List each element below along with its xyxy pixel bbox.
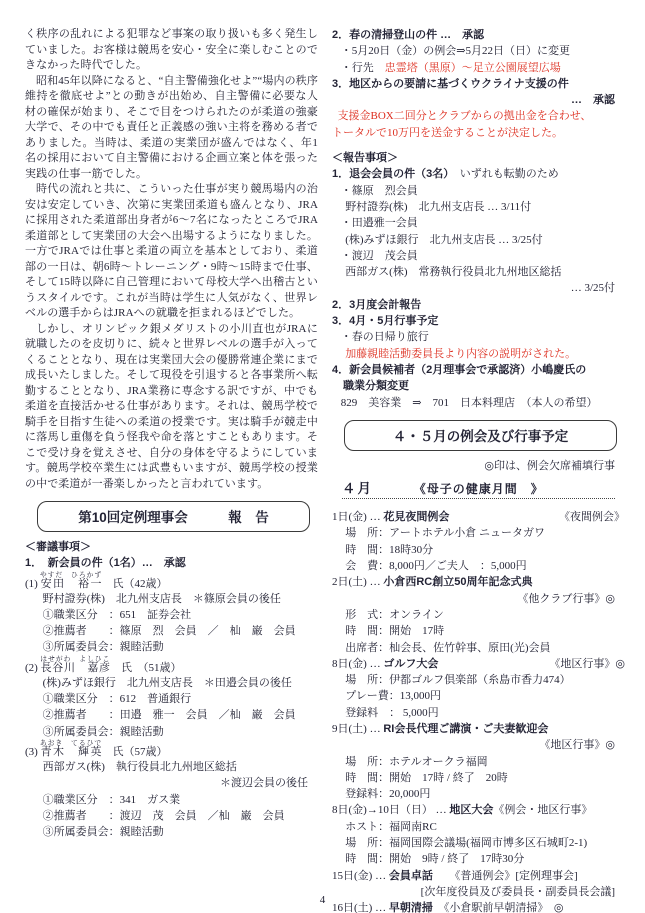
text-segment: ＊渡辺会員の後任 xyxy=(220,777,308,789)
text-line: 9日(土) … RI会長代理ご講演・ご夫妻歓迎会 xyxy=(332,721,625,737)
text-line: 2．3月度会計報告 xyxy=(332,297,625,313)
text-line: ・行先 忠霊塔（黒原）～足立公園展望広場 xyxy=(332,60,625,76)
text-line: ＊渡辺会員の後任 xyxy=(25,775,318,791)
text-segment: 会員卓話 xyxy=(389,870,433,882)
text-line: 西部ガス(株) 執行役員北九州地区総括 xyxy=(25,759,318,775)
text-segment: 地区大会 xyxy=(449,804,493,816)
text-line: ・5月20日（金）の例会⇒5月22日（日）に変更 xyxy=(332,43,625,59)
text-segment: 3．4月・5月行事予定 xyxy=(332,315,438,327)
text-segment: ゴルフ大会 xyxy=(383,658,438,670)
text-segment: 《例会・地区行事》 xyxy=(493,804,592,816)
text-segment: ③所属委員会：親睦活動 xyxy=(43,726,164,738)
text-line: 《地区行事》◎ xyxy=(332,737,625,753)
text-line: トータルで10万円を送金することが決定した。 xyxy=(332,125,625,141)
text-segment: 9日(土) … xyxy=(332,723,383,735)
text-segment: 8日(金)→10日（日） … xyxy=(332,804,449,816)
spacer xyxy=(332,141,625,150)
text-segment: ホスト：福岡南RC xyxy=(345,821,437,833)
text-segment: 1日(金) … xyxy=(332,511,383,523)
text-segment: ＜報告事項＞ xyxy=(332,152,398,164)
text-line: 登録料：20,000円 xyxy=(332,786,625,802)
text-segment: RI会長代理ご講演・ご夫妻歓迎会 xyxy=(383,723,548,735)
section-title-box: 第10回定例理事会 報 告 xyxy=(37,501,310,532)
text-line: 職業分類変更 xyxy=(332,378,625,394)
text-line: 時 間：開始 9時 / 終了 17時30分 xyxy=(332,851,625,867)
text-line: ・渡辺 茂会員 xyxy=(332,248,625,264)
text-line: … 3/25付 xyxy=(332,280,625,296)
text-segment: ・田邉雅一会員 xyxy=(341,217,418,229)
text-line: 8日(金)→10日（日） … 地区大会《例会・地区行事》 xyxy=(332,802,625,818)
text-line: ・田邉雅一会員 xyxy=(332,215,625,231)
text-segment: いずれも転勤のため xyxy=(449,168,559,180)
right-column: 2．春の清掃登山の件 … 承認・5月20日（金）の例会⇒5月22日（日）に変更・… xyxy=(332,27,625,913)
member-suffix: 氏（42歳） xyxy=(101,578,167,590)
month-heading: ４月《母子の健康月間 》 xyxy=(342,477,615,499)
text-segment: ③所属委員会：親睦活動 xyxy=(43,641,164,653)
text-segment: 2．3月度会計報告 xyxy=(332,299,421,311)
text-line: 2．春の清掃登山の件 … 承認 xyxy=(332,27,625,43)
text-line: ホスト：福岡南RC xyxy=(332,819,625,835)
text-segment: 場 所：伊都ゴルフ倶楽部（糸島市香力474） xyxy=(345,674,571,686)
text-line: 野村證券(株) 北九州支店長 ＊篠原会員の後任 xyxy=(25,591,318,607)
text-segment: … 承認 xyxy=(571,94,615,106)
text-segment: 出席者：杣会長、佐竹幹事、原田(光)会員 xyxy=(345,642,550,654)
text-segment: トータルで10万円を送金することが決定した。 xyxy=(332,127,563,139)
text-line: 時 間：開始 17時 xyxy=(332,623,625,639)
text-line: 3．4月・5月行事予定 xyxy=(332,313,625,329)
text-segment: ②推薦者 ：渡辺 茂 会員 ／杣 巌 会員 xyxy=(43,810,285,822)
section-title-box: ４・５月の例会及び行事予定 xyxy=(344,420,617,451)
text-segment: ①職業区分 ：612 普通銀行 xyxy=(43,693,192,705)
text-segment: 野村證券(株) 北九州支店長 … 3/11付 xyxy=(345,201,531,213)
text-segment: ②推薦者 ：篠原 烈 会員 ／ 杣 巌 会員 xyxy=(43,625,296,637)
text-line: 形 式：オンライン xyxy=(332,607,625,623)
text-line: ③所属委員会：親睦活動 xyxy=(25,824,318,840)
paragraph: 時代の流れと共に、こういった仕事が実り競馬場内の治安は安定していき、次第に実業団… xyxy=(25,182,318,322)
text-segment: 1． 新会員の件（1名）… 承認 xyxy=(25,557,186,569)
furigana: あおき てるひで xyxy=(40,740,102,747)
text-line: 場 所：ホテルオークラ福岡 xyxy=(332,754,625,770)
month-title: ４月 xyxy=(342,477,373,497)
text-segment: 花見夜間例会 xyxy=(383,511,449,523)
text-segment: 加藤親睦活動委員長より内容の説明がされた。 xyxy=(345,348,576,360)
text-segment: ・渡辺 茂会員 xyxy=(341,250,418,262)
text-line: ③所属委員会：親睦活動 xyxy=(25,724,318,740)
text-segment: ③所属委員会：親睦活動 xyxy=(43,826,164,838)
text-line: 出席者：杣会長、佐竹幹事、原田(光)会員 xyxy=(332,640,625,656)
text-segment: 支援金BOX二回分とクラブからの拠出金を合わせ、 xyxy=(338,110,592,122)
text-segment: 2日(土) … xyxy=(332,576,383,588)
text-segment: ・5月20日（金）の例会⇒5月22日（日）に変更 xyxy=(341,45,570,57)
text-line: 1． 新会員の件（1名）… 承認 xyxy=(25,555,318,571)
member-name: 青木 輝英あおき てるひで xyxy=(41,746,102,758)
text-segment: 《夜間例会》 xyxy=(559,511,625,523)
text-segment: 2．春の清掃登山の件 … 承認 xyxy=(332,29,484,41)
text-line: (株)みずほ銀行 北九州支店長 … 3/25付 xyxy=(332,232,625,248)
text-line: 場 所：福岡国際会議場(福岡市博多区石城町2-1) xyxy=(332,835,625,851)
member-suffix: 氏（57歳） xyxy=(101,746,167,758)
text-segment: ①職業区分 ：341 ガス業 xyxy=(43,794,181,806)
text-segment: ②推薦者 ：田邉 雅一 会員 ／杣 巌 会員 xyxy=(43,709,296,721)
text-segment: 登録料 ： 5,000円 xyxy=(345,707,439,719)
text-segment: 場 所：ホテルオークラ福岡 xyxy=(345,756,487,768)
paragraph: 昭和45年以降になると、“自主警備強化せよ”“場内の秩序維持を徹底せよ”との動き… xyxy=(25,74,318,183)
text-segment: 登録料：20,000円 xyxy=(345,788,430,800)
text-segment: 《地区行事》◎ xyxy=(549,658,625,670)
text-line: 1日(金) … 花見夜間例会《夜間例会》 xyxy=(332,509,625,525)
text-segment: (株)みずほ銀行 北九州支店長 … 3/25付 xyxy=(345,234,542,246)
member-name-line: (1) 安田 裕一やすだ ひろかず 氏（42歳） xyxy=(25,572,318,591)
paragraph: く秩序の乱れによる犯罪など事案の取り扱いも多く発生していました。お客様は競馬を安… xyxy=(25,27,318,74)
text-segment: ・篠原 烈会員 xyxy=(341,185,418,197)
text-line: 場 所：アートホテル小倉 ニュータガワ xyxy=(332,525,625,541)
member-name-line: (3) 青木 輝英あおき てるひで 氏（57歳） xyxy=(25,740,318,759)
text-segment: ◎印は、例会欠席補填行事 xyxy=(484,460,615,472)
member-suffix: 氏 （51歳） xyxy=(110,662,182,674)
page-number: 4 xyxy=(0,894,645,906)
text-line: ③所属委員会：親睦活動 xyxy=(25,639,318,655)
list-number: (3) xyxy=(25,746,41,758)
text-segment: 1．退会会員の件（3名） xyxy=(332,168,449,180)
member-name: 安田 裕一やすだ ひろかず xyxy=(41,578,102,590)
text-line: ②推薦者 ：篠原 烈 会員 ／ 杣 巌 会員 xyxy=(25,623,318,639)
text-segment: 西部ガス(株) 常務執行役員北九州地区総括 xyxy=(345,266,561,278)
document-page: く秩序の乱れによる犯罪など事案の取り扱いも多く発生していました。お客様は競馬を安… xyxy=(0,0,645,913)
text-segment: ・行先 xyxy=(341,62,385,74)
list-number: (2) xyxy=(25,662,41,674)
line-right: 《夜間例会》 xyxy=(559,509,625,525)
text-segment: 形 式：オンライン xyxy=(345,609,444,621)
text-line: 3．地区からの要請に基づくウクライナ支援の件 xyxy=(332,76,625,92)
text-line: ①職業区分 ：612 普通銀行 xyxy=(25,691,318,707)
text-segment: 《他クラブ行事》◎ xyxy=(517,593,615,605)
furigana: やすだ ひろかず xyxy=(40,572,102,579)
text-line: ＜報告事項＞ xyxy=(332,150,625,166)
two-column-layout: く秩序の乱れによる犯罪など事案の取り扱いも多く発生していました。お客様は競馬を安… xyxy=(0,0,645,913)
text-segment: プレー費：13,000円 xyxy=(345,690,441,702)
text-line: ・篠原 烈会員 xyxy=(332,183,625,199)
text-segment: 829 美容業 ⇒ 701 日本料理店 （本人の希望） xyxy=(341,397,598,409)
text-line: ①職業区分 ：651 証券会社 xyxy=(25,607,318,623)
text-segment: 時 間：開始 17時 / 終了 20時 xyxy=(345,772,508,784)
line-left: 8日(金) … ゴルフ大会 xyxy=(332,656,438,672)
text-line: (株)みずほ銀行 北九州支店長 ＊田邉会員の後任 xyxy=(25,675,318,691)
text-segment: ①職業区分 ：651 証券会社 xyxy=(43,609,192,621)
text-segment: 3．地区からの要請に基づくウクライナ支援の件 xyxy=(332,78,569,90)
text-line: 時 間：開始 17時 / 終了 20時 xyxy=(332,770,625,786)
text-line: 支援金BOX二回分とクラブからの拠出金を合わせ、 xyxy=(332,108,625,124)
text-line: 15日(金) … 会員卓話 《普通例会》[定例理事会] xyxy=(332,868,625,884)
text-line: 4．新会員候補者（2月理事会で承認済）小嶋慶氏の xyxy=(332,362,625,378)
text-line: 2日(土) … 小倉西RC創立50周年記念式典 xyxy=(332,574,625,590)
text-line: ②推薦者 ：渡辺 茂 会員 ／杣 巌 会員 xyxy=(25,808,318,824)
text-segment: 時 間：開始 9時 / 終了 17時30分 xyxy=(345,853,524,865)
text-segment: … 3/25付 xyxy=(571,282,615,294)
text-line: ＜審議事項＞ xyxy=(25,539,318,555)
text-line: ◎印は、例会欠席補填行事 xyxy=(332,458,625,474)
member-name-line: (2) 長谷川 嘉彦はせがわ よしひこ 氏 （51歳） xyxy=(25,656,318,675)
text-segment: 15日(金) … xyxy=(332,870,389,882)
text-line: 1．退会会員の件（3名） いずれも転勤のため xyxy=(332,166,625,182)
text-segment: 8日(金) … xyxy=(332,658,383,670)
text-segment: ＜審議事項＞ xyxy=(25,541,91,553)
text-line: ①職業区分 ：341 ガス業 xyxy=(25,792,318,808)
text-segment: 野村證券(株) 北九州支店長 ＊篠原会員の後任 xyxy=(43,593,281,605)
paragraph: しかし、オリンピック銀メダリストの小川直也がJRAに就職したのを皮切りに、続々と… xyxy=(25,322,318,493)
text-line: 829 美容業 ⇒ 701 日本料理店 （本人の希望） xyxy=(332,395,625,411)
line-right: 《地区行事》◎ xyxy=(549,656,625,672)
text-line: 8日(金) … ゴルフ大会《地区行事》◎ xyxy=(332,656,625,672)
text-line: ②推薦者 ：田邉 雅一 会員 ／杣 巌 会員 xyxy=(25,707,318,723)
text-segment: 場 所：アートホテル小倉 ニュータガワ xyxy=(345,527,545,539)
month-theme: 《母子の健康月間 》 xyxy=(414,480,544,497)
text-segment: 場 所：福岡国際会議場(福岡市博多区石城町2-1) xyxy=(345,837,587,849)
text-line: プレー費：13,000円 xyxy=(332,688,625,704)
text-line: … 承認 xyxy=(332,92,625,108)
text-line: 西部ガス(株) 常務執行役員北九州地区総括 xyxy=(332,264,625,280)
text-segment: 《普通例会》[定例理事会] xyxy=(433,870,578,882)
text-line: 加藤親睦活動委員長より内容の説明がされた。 xyxy=(332,346,625,362)
text-segment: ・春の日帰り旅行 xyxy=(341,331,429,343)
member-name: 長谷川 嘉彦はせがわ よしひこ xyxy=(41,662,110,674)
furigana: はせがわ よしひこ xyxy=(40,656,110,663)
text-segment: 職業分類変更 xyxy=(343,380,409,392)
text-segment: 《地区行事》◎ xyxy=(539,739,615,751)
text-segment: 西部ガス(株) 執行役員北九州地区総括 xyxy=(43,761,237,773)
text-segment: 4．新会員候補者（2月理事会で承認済）小嶋慶氏の xyxy=(332,364,586,376)
text-segment: 会 費：8,000円／ご夫人 ：5,000円 xyxy=(345,560,527,572)
text-segment: 忠霊塔（黒原）～足立公園展望広場 xyxy=(385,62,561,74)
text-segment: (株)みずほ銀行 北九州支店長 ＊田邉会員の後任 xyxy=(43,677,292,689)
text-line: 登録料 ： 5,000円 xyxy=(332,705,625,721)
text-segment: 小倉西RC創立50周年記念式典 xyxy=(383,576,532,588)
text-segment: 時 間：18時30分 xyxy=(345,544,433,556)
text-line: 時 間：18時30分 xyxy=(332,542,625,558)
text-line: 場 所：伊都ゴルフ倶楽部（糸島市香力474） xyxy=(332,672,625,688)
left-column: く秩序の乱れによる犯罪など事案の取り扱いも多く発生していました。お客様は競馬を安… xyxy=(25,27,318,913)
line-left: 1日(金) … 花見夜間例会 xyxy=(332,509,449,525)
text-line: 会 費：8,000円／ご夫人 ：5,000円 xyxy=(332,558,625,574)
text-line: 野村證券(株) 北九州支店長 … 3/11付 xyxy=(332,199,625,215)
text-line: ・春の日帰り旅行 xyxy=(332,329,625,345)
text-segment: 時 間：開始 17時 xyxy=(345,625,444,637)
list-number: (1) xyxy=(25,578,41,590)
text-line: 《他クラブ行事》◎ xyxy=(332,591,625,607)
